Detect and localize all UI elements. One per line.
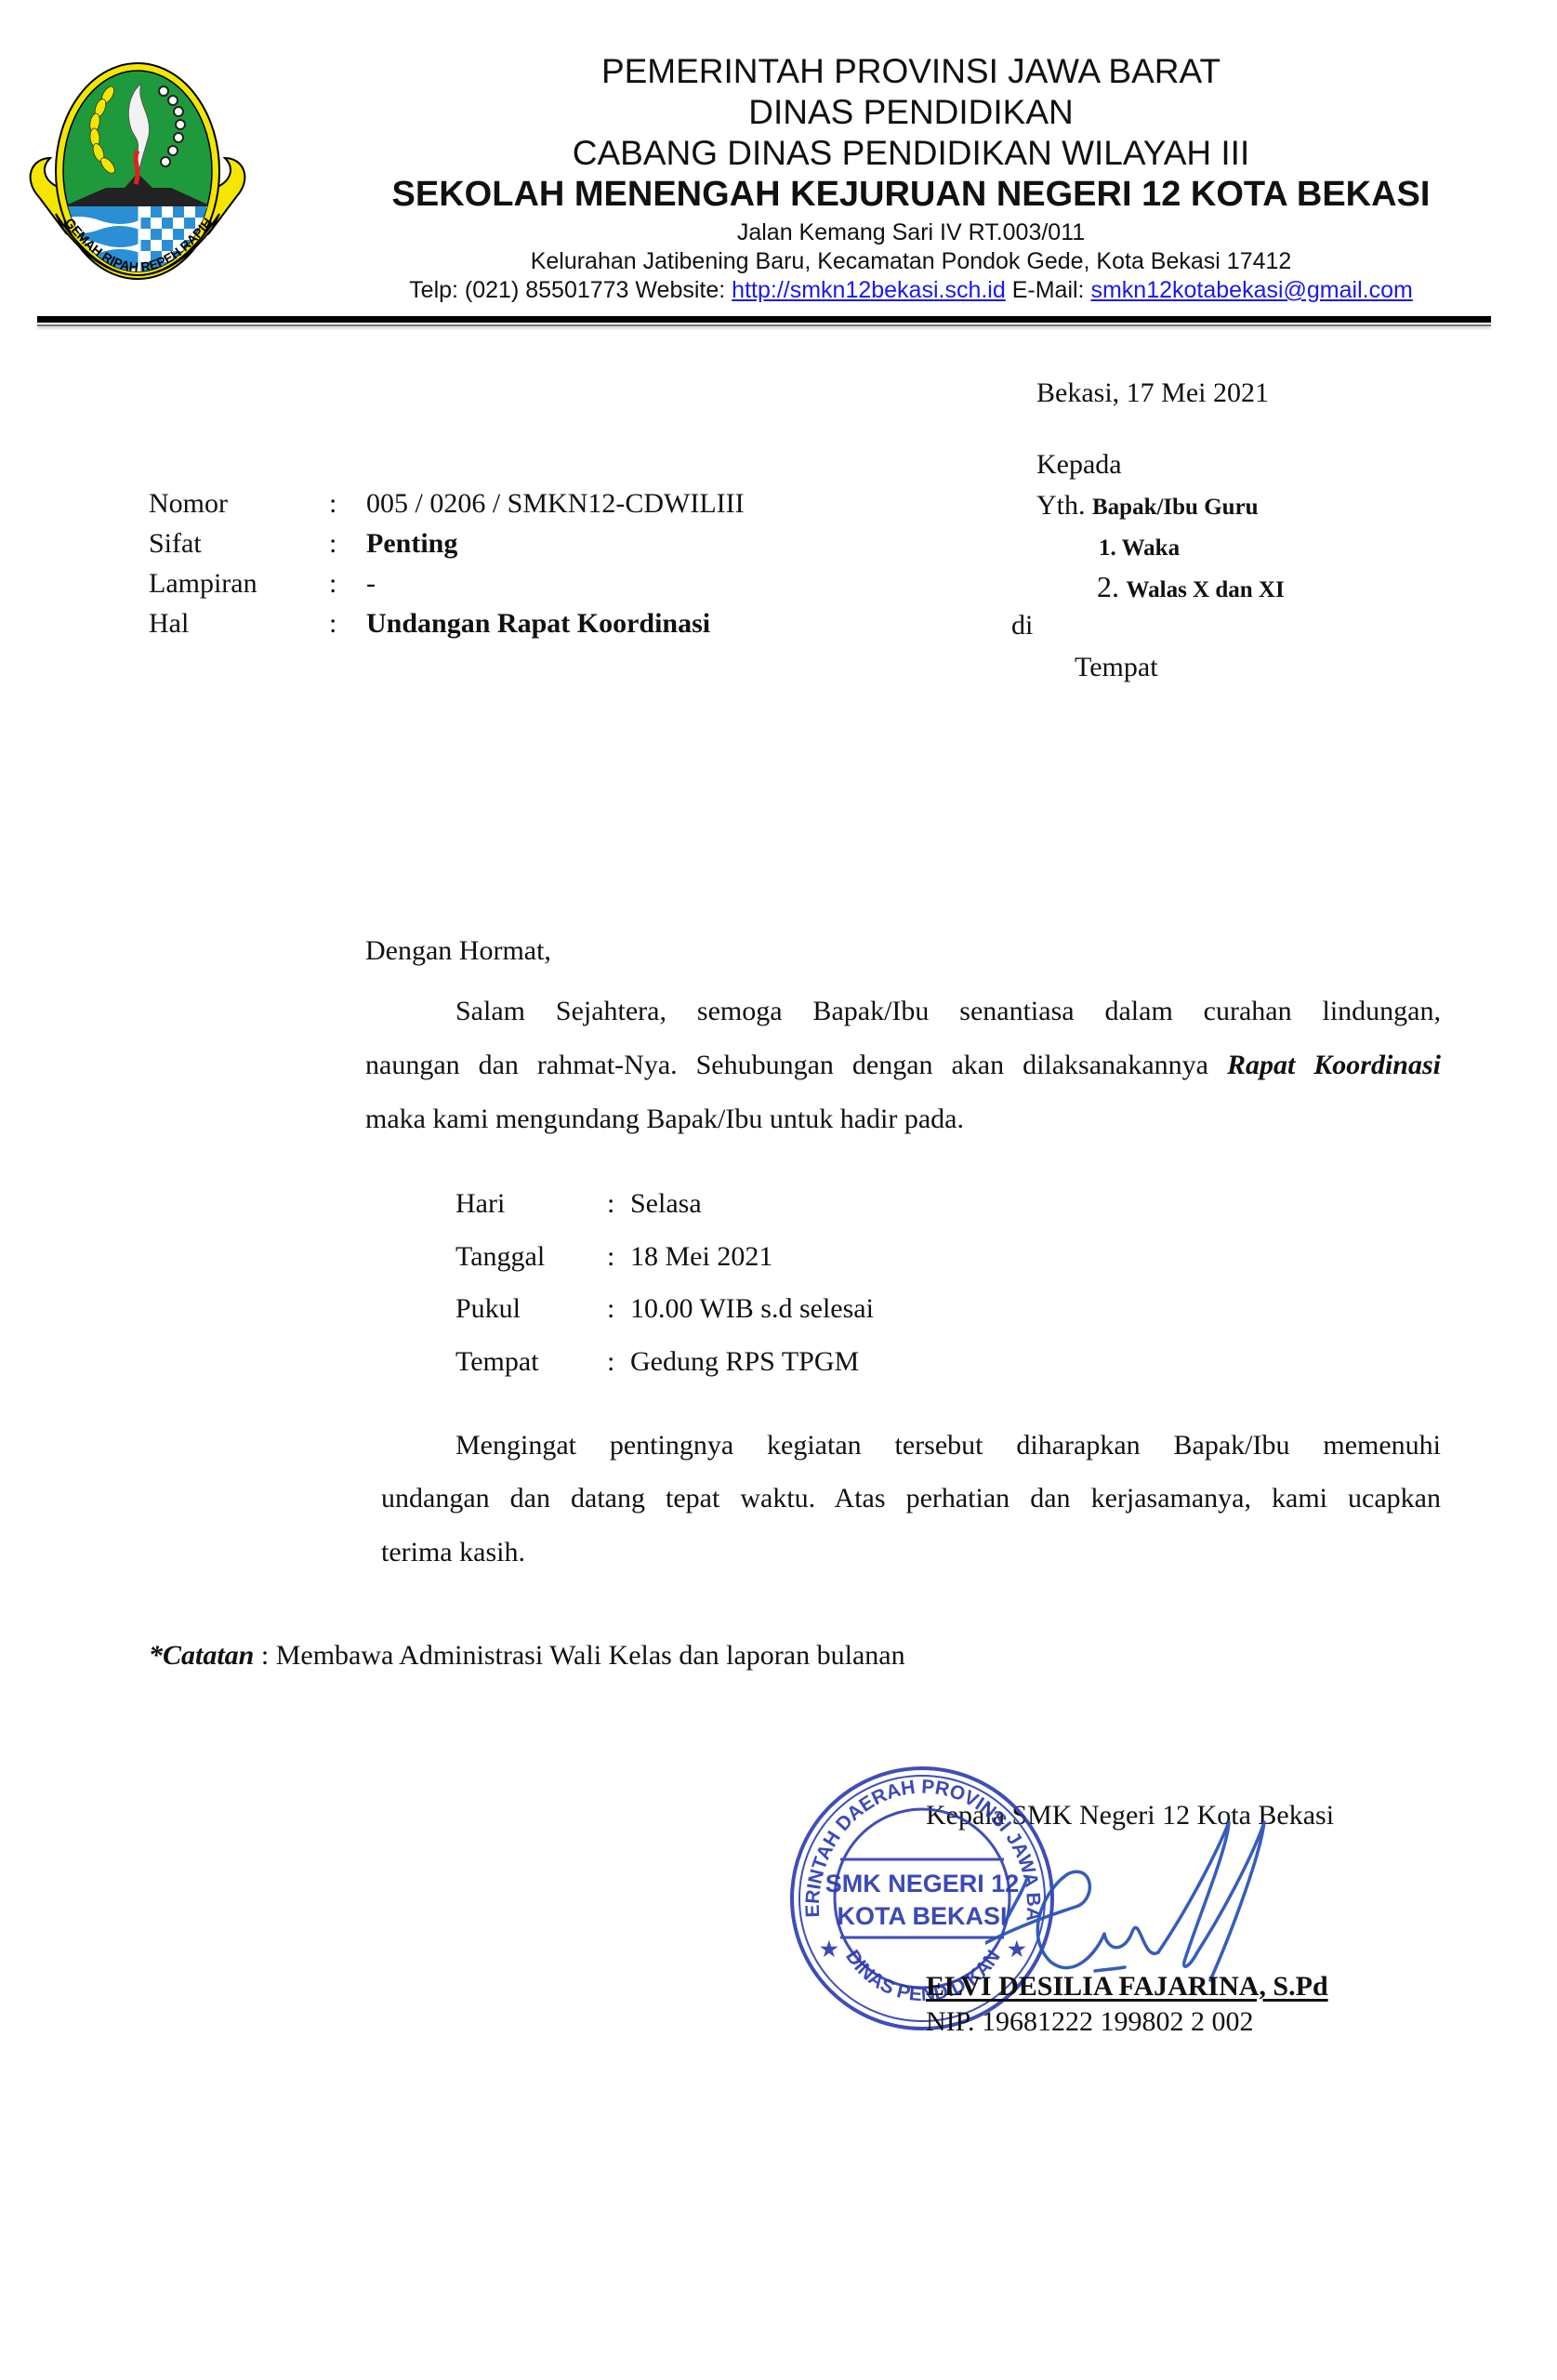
greeting: Dengan Hormat, <box>365 934 551 968</box>
meta-value-nomor: 005 / 0206 / SMKN12-CDWILIII <box>366 487 745 521</box>
email-label: E-Mail: <box>1012 277 1085 303</box>
recipient-main: Yth. Bapak/Ibu Guru <box>1036 489 1259 524</box>
schedule-label-hari: Hari <box>455 1187 505 1221</box>
recipient-item-number: 1. <box>1099 535 1116 561</box>
meta-sep: : <box>329 567 336 601</box>
header-address-street: Jalan Kemang Sari IV RT.003/011 <box>307 219 1515 246</box>
recipient-tempat: Tempat <box>1075 651 1158 684</box>
recipient-item-number: 2. <box>1097 570 1119 603</box>
meta-sep: : <box>329 607 336 641</box>
paragraph-2-line-1: Mengingat pentingnya kegiatan tersebut d… <box>455 1429 1441 1462</box>
email-link[interactable]: smkn12kotabekasi@gmail.com <box>1090 277 1412 303</box>
header-branch: CABANG DINAS PENDIDIKAN WILAYAH III <box>307 134 1515 173</box>
paragraph-2-line-3: terima kasih. <box>381 1536 525 1569</box>
signatory-name-text: ELVI DESILIA FAJARINA, S.Pd <box>926 1971 1328 2002</box>
paragraph-1-line-1: Salam Sejahtera, semoga Bapak/Ibu senant… <box>455 995 1441 1028</box>
recipient-item-label: Walas X dan XI <box>1127 577 1285 602</box>
schedule-value-tempat: Gedung RPS TPGM <box>630 1345 859 1379</box>
meta-value-hal: Undangan Rapat Koordinasi <box>366 607 710 641</box>
signatory-name: ELVI DESILIA FAJARINA, S.Pd <box>926 1970 1328 2003</box>
emphasis-rapat-koordinasi: Rapat Koordinasi <box>1227 1050 1441 1080</box>
recipient-item-1: 1. Waka <box>1099 532 1180 565</box>
header-divider-thick <box>37 316 1491 323</box>
meta-value-lampiran: - <box>366 567 376 601</box>
schedule-sep: : <box>607 1345 614 1379</box>
schedule-label-pukul: Pukul <box>455 1292 521 1326</box>
header-address-district: Kelurahan Jatibening Baru, Kecamatan Pon… <box>307 248 1515 275</box>
paragraph-1-text: naungan dan rahmat-Nya. Sehubungan denga… <box>365 1050 1208 1080</box>
stamp-star-icon: ★ <box>820 1937 838 1961</box>
header-government: PEMERINTAH PROVINSI JAWA BARAT <box>307 52 1515 91</box>
header-divider-thin <box>37 324 1491 326</box>
header-department: DINAS PENDIDIKAN <box>307 93 1515 132</box>
meta-label-sifat: Sifat <box>149 527 202 561</box>
schedule-sep: : <box>607 1187 614 1221</box>
place-date: Bekasi, 17 Mei 2021 <box>1036 377 1269 410</box>
phone-label: Telp: (021) 85501773 Website: <box>409 277 725 303</box>
schedule-value-hari: Selasa <box>630 1187 702 1221</box>
schedule-label-tanggal: Tanggal <box>455 1240 545 1274</box>
note: *Catatan : Membawa Administrasi Wali Kel… <box>149 1639 905 1673</box>
signatory-nip: NIP. 19681222 199802 2 002 <box>926 2005 1254 2039</box>
recipient-item-2: 2. Walas X dan XI <box>1097 570 1285 607</box>
schedule-value-tanggal: 18 Mei 2021 <box>630 1240 772 1274</box>
meta-label-hal: Hal <box>149 607 189 641</box>
website-link[interactable]: http://smkn12bekasi.sch.id <box>732 277 1006 303</box>
schedule-value-pukul: 10.00 WIB s.d selesai <box>630 1292 874 1326</box>
west-java-emblem-logo: GEMAH RIPAH REPEH RAPIH <box>22 58 253 303</box>
recipient-yth: Yth. <box>1036 490 1086 521</box>
note-text: : Membawa Administrasi Wali Kelas dan la… <box>254 1640 904 1671</box>
recipient-item-label: Waka <box>1122 535 1181 561</box>
header-contact: Telp: (021) 85501773 Website: http://smk… <box>307 277 1515 304</box>
recipient-di: di <box>1011 609 1033 642</box>
paragraph-2-line-2: undangan dan datang tepat waktu. Atas pe… <box>381 1482 1441 1515</box>
meta-value-sifat: Penting <box>366 527 457 561</box>
meta-label-lampiran: Lampiran <box>149 567 257 601</box>
paragraph-1-line-2: naungan dan rahmat-Nya. Sehubungan denga… <box>365 1049 1441 1082</box>
recipient-kepada: Kepada <box>1036 448 1122 482</box>
meta-label-nomor: Nomor <box>149 487 228 521</box>
schedule-sep: : <box>607 1240 614 1274</box>
schedule-label-tempat: Tempat <box>455 1345 539 1379</box>
meta-sep: : <box>329 487 336 521</box>
schedule-sep: : <box>607 1292 614 1326</box>
recipient-main-label: Bapak/Ibu Guru <box>1092 495 1259 520</box>
paragraph-1-line-3: maka kami mengundang Bapak/Ibu untuk had… <box>365 1103 964 1136</box>
header-school-name: SEKOLAH MENENGAH KEJURUAN NEGERI 12 KOTA… <box>307 175 1515 215</box>
meta-sep: : <box>329 527 336 561</box>
stamp-line-2: KOTA BEKASI <box>837 1902 1007 1930</box>
note-label: *Catatan <box>149 1640 254 1671</box>
